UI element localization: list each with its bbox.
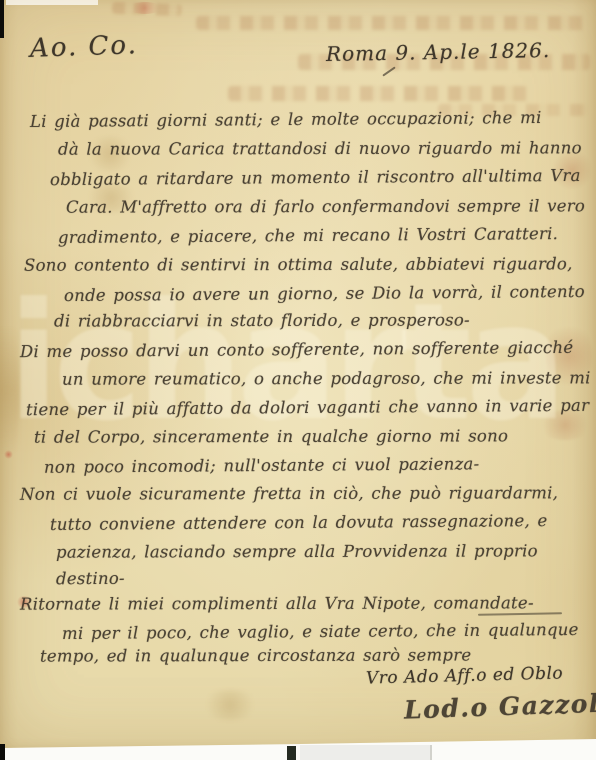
- letter-line: Ritornate li miei complimenti alla Vra N…: [20, 593, 534, 613]
- scan-edge-artifact: [0, 0, 4, 38]
- scanner-background-band: [0, 745, 596, 760]
- scanner-background-patch: [300, 745, 430, 760]
- age-stain: [0, 300, 20, 480]
- letter-line: Li già passati giorni santi; e le molte …: [30, 108, 542, 131]
- scanned-letter-photo: { "letter": { "greeting": "Ao. Co.", "da…: [0, 0, 596, 760]
- letter-line: Non ci vuole sicuramente fretta in ciò, …: [20, 483, 558, 503]
- red-ink-speck: [128, 2, 162, 14]
- letter-line: tempo, ed in qualunque circostanza sarò …: [40, 645, 471, 665]
- letter-line: Di me posso darvi un conto sofferente, n…: [20, 338, 573, 361]
- letter-closing: Vro Ado Aff.o ed Oblo: [366, 663, 564, 688]
- letter-dateline: Roma 9. Ap.le 1826.: [326, 38, 551, 66]
- letter-line: tutto conviene attendere con la dovuta r…: [50, 511, 548, 534]
- letter-line: Cara. M'affretto ora di farlo confermand…: [66, 196, 585, 216]
- ink-bleed-mark: [196, 16, 590, 30]
- letter-line: gradimento, e piacere, che mi recano li …: [58, 224, 558, 247]
- pen-flourish: [382, 66, 395, 76]
- letter-line: pazienza, lasciando sempre alla Provvide…: [56, 541, 538, 561]
- letter-line: destino-: [56, 569, 125, 589]
- letter-line: obbligato a ritardare un momento il risc…: [50, 166, 581, 189]
- letter-line: dà la nuova Carica trattandosi di nuovo …: [58, 138, 582, 158]
- ink-bleed-mark: [112, 2, 182, 16]
- letter-page: icharta Ao. Co. Roma 9. Ap.le 1826. Li g…: [0, 0, 596, 748]
- red-ink-speck: [4, 450, 13, 459]
- letter-signature: Lod.o Gazzoli: [404, 688, 596, 724]
- letter-line: un umore reumatico, o anche podagroso, c…: [62, 368, 591, 388]
- scan-edge-highlight: [6, 0, 98, 5]
- scanner-seam-light: [430, 745, 432, 760]
- underline-stroke: [478, 612, 562, 615]
- age-stain: [200, 690, 260, 720]
- letter-greeting: Ao. Co.: [30, 30, 139, 64]
- ink-bleed-mark: [228, 86, 528, 101]
- letter-line: ti del Corpo, sinceramente in qualche gi…: [34, 426, 508, 446]
- letter-line: mi per il poco, che vaglio, e siate cert…: [62, 620, 579, 643]
- dealer-watermark: icharta: [8, 282, 561, 444]
- letter-line: onde possa io avere un giorno, se Dio la…: [64, 282, 585, 305]
- letter-line: non poco incomodi; null'ostante ci vuol …: [44, 454, 480, 476]
- scanner-seam-dark: [287, 746, 296, 760]
- letter-line: Sono contento di sentirvi in ottima salu…: [24, 254, 573, 274]
- letter-line: di riabbracciarvi in stato florido, e pr…: [54, 310, 470, 330]
- scan-corner-artifact: [0, 744, 5, 760]
- letter-line: tiene per il più affatto da dolori vagan…: [26, 396, 589, 419]
